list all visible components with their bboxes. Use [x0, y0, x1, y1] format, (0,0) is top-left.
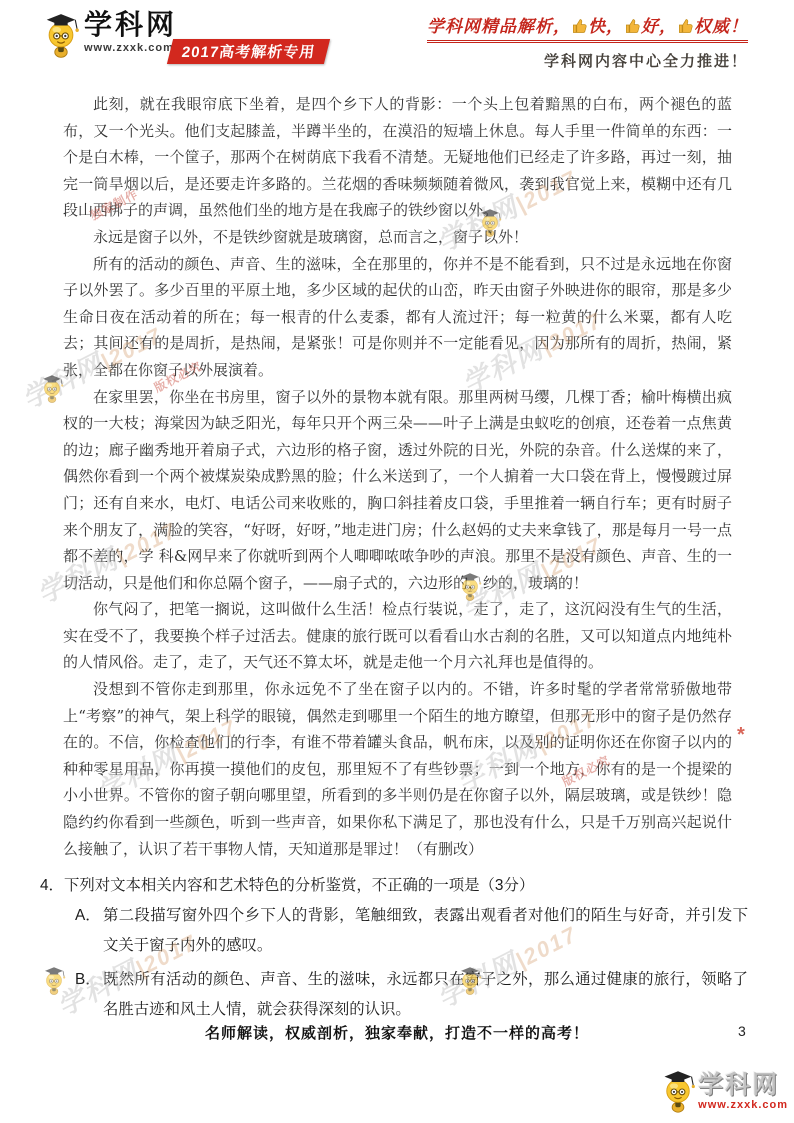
- thumb-up-icon: [678, 18, 693, 34]
- option-b: B． 既然所有活动的颜色、声音、生的滋味，永远都只在窗子之外，那么通过健康的旅行…: [75, 965, 748, 1025]
- passage-paragraph: 永远是窗子以外，不是铁纱窗就是玻璃窗，总而言之，窗子以外！: [63, 224, 732, 251]
- option-a-text: 第二段描写窗外四个乡下人的背影，笔触细致，表露出观看者对他们的陌生与好奇，并引发…: [103, 901, 748, 961]
- passage-paragraph: 所有的活动的颜色、声音、生的滋味，全在那里的，你并不是不能看到，只不过是永远地在…: [63, 251, 732, 384]
- reading-passage: 此刻，就在我眼帘底下坐着，是四个乡下人的背影：一个头上包着黯黑的白布，两个褪色的…: [0, 0, 794, 862]
- main-slogan: 学科网精品解析，快，好，权威！: [427, 12, 748, 43]
- site-url: www.zxxk.com: [698, 1099, 788, 1111]
- mascot-icon: [42, 10, 80, 60]
- option-a: A． 第二段描写窗外四个乡下人的背影，笔触细致，表露出观看者对他们的陌生与好奇，…: [75, 901, 748, 961]
- slogan-prefix: 学科网精品解析，: [427, 17, 571, 36]
- slogan-good: 好，: [641, 17, 677, 36]
- site-logo: 学科网 www.zxxk.com: [42, 10, 177, 60]
- footer-site-logo: 学科网 www.zxxk.com: [660, 1068, 788, 1114]
- site-name: 学科网: [84, 10, 177, 40]
- page-number: 3: [738, 1023, 746, 1039]
- option-b-text: 既然所有活动的颜色、声音、生的滋味，永远都只在窗子之外，那么通过健康的旅行，领略…: [103, 965, 748, 1025]
- question-stem: 4．下列对文本相关内容和艺术特色的分析鉴赏，不正确的一项是（3分）: [40, 871, 748, 901]
- site-name: 学科网: [698, 1072, 779, 1098]
- slogan-fast: 快，: [588, 17, 624, 36]
- thumb-up-icon: [625, 18, 640, 34]
- passage-paragraph: 此刻，就在我眼帘底下坐着，是四个乡下人的背影：一个头上包着黯黑的白布，两个褪色的…: [63, 91, 732, 224]
- passage-paragraph: 在家里罢，你坐在书房里，窗子以外的景物本就有限。那里两树马缨，几棵丁香；榆叶梅横…: [63, 384, 732, 597]
- sub-slogan: 学科网内容中心全力推进！: [427, 50, 748, 71]
- logo-text: 学科网 www.zxxk.com: [84, 10, 177, 54]
- option-b-label: B．: [75, 965, 103, 1025]
- exam-paper-page: 学科网 www.zxxk.com 2017高考解析专用 学科网精品解析，快，好，…: [0, 0, 794, 1123]
- question-block: 4．下列对文本相关内容和艺术特色的分析鉴赏，不正确的一项是（3分） A． 第二段…: [40, 871, 748, 1025]
- footer-logo-text: 学科网 www.zxxk.com: [698, 1072, 788, 1111]
- thumb-up-icon: [572, 18, 587, 34]
- option-a-label: A．: [75, 901, 103, 961]
- slogan-authority: 权威！: [694, 17, 748, 36]
- passage-paragraph: 你气闷了，把笔一搁说，这叫做什么生活！检点行装说，走了，走了，这沉闷没有生气的生…: [63, 596, 732, 676]
- mascot-icon: [660, 1068, 696, 1114]
- footer-slogan: 名师解读，权威剖析，独家奉献，打造不一样的高考！: [0, 1022, 794, 1043]
- passage-paragraph: 没想到不管你走到那里，你永远免不了坐在窗子以内的。不错，许多时髦的学者常常骄傲地…: [63, 676, 732, 862]
- promo-ribbon: 2017高考解析专用: [167, 39, 331, 64]
- header-slogans: 学科网精品解析，快，好，权威！ 学科网内容中心全力推进！: [427, 12, 748, 71]
- promo-ribbon-label: 2017高考解析专用: [181, 41, 317, 62]
- site-url: www.zxxk.com: [84, 42, 177, 54]
